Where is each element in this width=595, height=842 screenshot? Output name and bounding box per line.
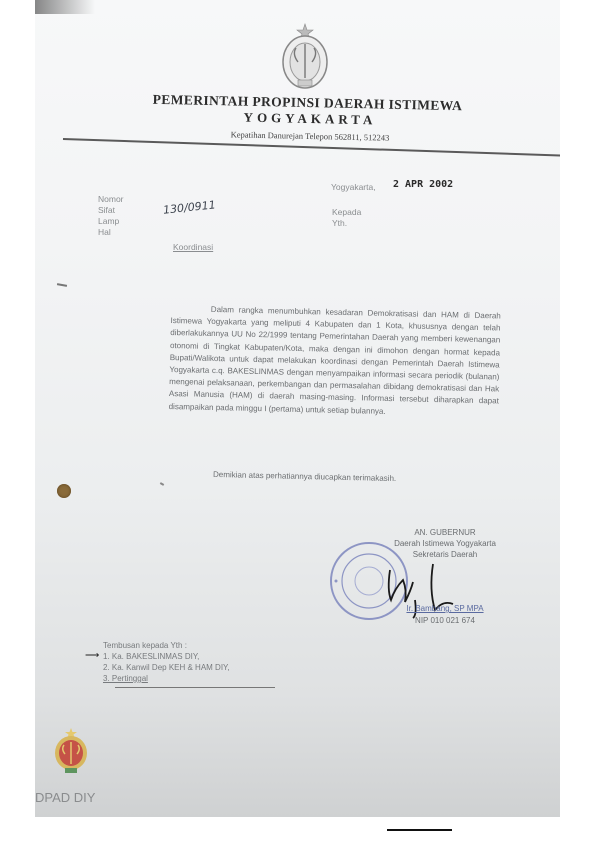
photo-shadow <box>35 0 95 14</box>
body-paragraph: Dalam rangka menumbuhkan kesadaran Demok… <box>169 303 501 420</box>
signature-block: AN. GUBERNUR Daerah Istimewa Yogyakarta … <box>375 527 515 560</box>
label-nomor: Nomor <box>98 194 124 205</box>
tembusan-heading: Tembusan kepada Yth : <box>103 640 230 651</box>
signature-line-3: Sekretaris Daerah <box>375 549 515 560</box>
date-stamp: 2 APR 2002 <box>393 179 453 190</box>
recipient-kepada: Kepada <box>332 207 361 218</box>
hal-value: Koordinasi <box>173 242 213 252</box>
tembusan-underline <box>115 687 275 688</box>
signatory-name: Ir. Bambang, SP MPA <box>375 604 515 613</box>
arrow-mark-icon: ⟶ <box>85 650 99 661</box>
archive-emblem-icon <box>51 727 91 775</box>
signature-line-1: AN. GUBERNUR <box>375 527 515 538</box>
recipient-yth: Yth. <box>332 218 361 229</box>
letterhead-city: YOGYAKARTA <box>225 109 395 129</box>
meta-labels: Nomor Sifat Lamp Hal <box>98 194 124 238</box>
nomor-value: 130/0911 <box>162 198 216 216</box>
tembusan-item: 3. Pertinggal <box>103 673 230 684</box>
document-photo: PEMERINTAH PROPINSI DAERAH ISTIMEWA YOGY… <box>35 0 560 817</box>
yogyakarta-emblem-icon <box>278 22 332 92</box>
recipient-block: Kepada Yth. <box>332 207 361 229</box>
paper-mark <box>57 283 67 287</box>
tembusan-item: 1. Ka. BAKESLINMAS DIY, <box>103 651 230 662</box>
label-hal: Hal <box>98 227 124 238</box>
label-sifat: Sifat <box>98 205 124 216</box>
tembusan-block: Tembusan kepada Yth : 1. Ka. BAKESLINMAS… <box>103 640 230 684</box>
punch-hole <box>57 484 71 498</box>
archive-watermark: DPAD DIY <box>35 790 95 805</box>
letterhead-address: Kepatihan Danurejan Telepon 562811, 5122… <box>195 129 425 144</box>
page-footer-line <box>387 829 452 831</box>
signature-line-2: Daerah Istimewa Yogyakarta <box>375 538 515 549</box>
signatory-nip: NIP 010 021 674 <box>375 616 515 625</box>
tembusan-item: 2. Ka. Kanwil Dep KEH & HAM DIY, <box>103 662 230 673</box>
closing-sentence: Demikian atas perhatiannya diucapkan ter… <box>213 470 396 483</box>
date-place: Yogyakarta, <box>331 182 376 192</box>
paper-mark <box>160 482 164 486</box>
label-lamp: Lamp <box>98 216 124 227</box>
